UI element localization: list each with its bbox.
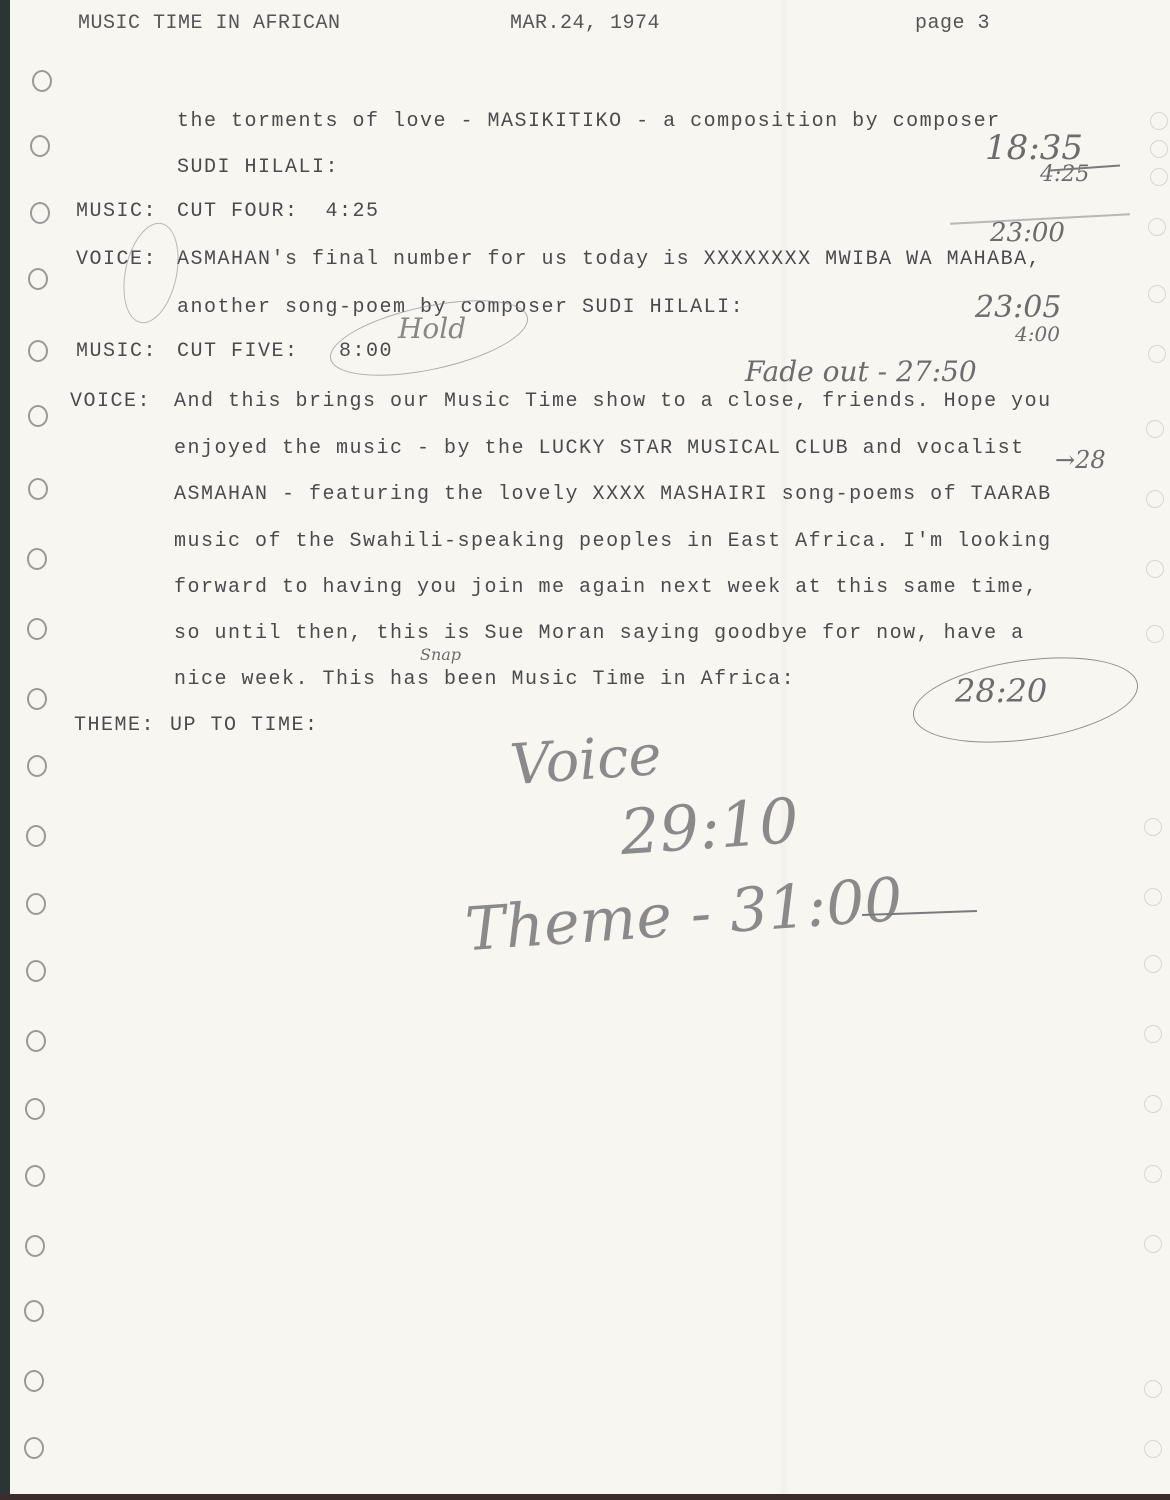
punch-hole-icon [25,1165,45,1187]
punch-hole-icon [1144,955,1162,973]
handwritten-arrow-note: →28 [1055,446,1106,474]
punch-hole-icon [1144,818,1162,836]
punch-hole-icon [1150,168,1168,186]
scan-edge-bottom [0,1494,1170,1500]
script-line: ASMAHAN - featuring the lovely XXXX MASH… [174,483,1052,506]
page-number: page 3 [915,12,990,35]
program-title: MUSIC TIME IN AFRICAN [78,12,341,35]
handwritten-theme-time: Theme - 31:00 [463,865,905,965]
punch-hole-icon [27,755,47,777]
punch-hole-icon [27,548,47,570]
handwritten-insert-note: Snap [420,645,461,664]
punch-hole-icon [1144,1165,1162,1183]
punch-hole-icon [1144,1235,1162,1253]
punch-hole-icon [1146,560,1164,578]
cue-label-music: MUSIC: [76,200,157,223]
punch-hole-icon [27,688,47,710]
punch-hole-icon [25,1235,45,1257]
punch-hole-icon [26,1030,46,1052]
cue-label-theme: THEME: [74,714,155,737]
scan-edge-left [0,0,10,1500]
script-line: the torments of love - MASIKITIKO - a co… [177,110,1001,133]
script-line: enjoyed the music - by the LUCKY STAR MU… [174,437,1025,460]
script-line: UP TO TIME: [170,714,319,737]
punch-hole-icon [32,70,52,92]
script-line: music of the Swahili-speaking peoples in… [174,530,1052,553]
cue-label-music: MUSIC: [76,340,157,363]
punch-hole-icon [30,135,50,157]
punch-hole-icon [26,960,46,982]
punch-hole-icon [1146,420,1164,438]
punch-hole-icon [30,202,50,224]
handwritten-voice-label: Voice [508,723,664,798]
punch-hole-icon [28,405,48,427]
handwritten-time: 4:25 [1040,162,1089,187]
script-line: CUT FOUR: 4:25 [177,200,380,223]
script-line: forward to having you join me again next… [174,576,1038,599]
punch-hole-icon [25,1098,45,1120]
punch-hole-icon [26,893,46,915]
handwritten-time: 4:00 [1015,322,1060,346]
punch-hole-icon [24,1370,44,1392]
punch-hole-icon [1146,625,1164,643]
punch-hole-icon [1144,1095,1162,1113]
punch-hole-icon [1144,1380,1162,1398]
punch-hole-icon [28,268,48,290]
punch-hole-icon [1144,888,1162,906]
script-line: nice week. This has been Music Time in A… [174,668,795,691]
script-page: MUSIC TIME IN AFRICAN MAR.24, 1974 page … [0,0,1170,1500]
handwritten-time: 23:00 [990,218,1065,248]
punch-hole-icon [1148,285,1166,303]
script-line: And this brings our Music Time show to a… [174,390,1052,413]
handwritten-time: 23:05 [975,290,1061,325]
punch-hole-icon [27,618,47,640]
punch-hole-icon [24,1300,44,1322]
script-line: ASMAHAN's final number for us today is X… [177,248,1041,271]
punch-hole-icon [1148,218,1166,236]
handwritten-fade-out: Fade out - 27:50 [745,355,977,388]
cue-label-voice: VOICE: [70,390,151,413]
script-line: SUDI HILALI: [177,156,339,179]
punch-hole-icon [28,478,48,500]
handwritten-voice-time: 29:10 [618,784,801,869]
handwritten-circled-total: 28:20 [955,672,1047,710]
punch-hole-icon [1144,1025,1162,1043]
punch-hole-icon [1146,490,1164,508]
punch-hole-icon [1150,112,1168,130]
punch-hole-icon [28,340,48,362]
handwritten-hold-note: Hold [398,312,466,345]
punch-hole-icon [24,1437,44,1459]
punch-hole-icon [1150,140,1168,158]
punch-hole-icon [1144,1440,1162,1458]
script-line: so until then, this is Sue Moran saying … [174,622,1025,645]
punch-hole-icon [1148,345,1166,363]
punch-hole-icon [26,825,46,847]
script-date: MAR.24, 1974 [510,12,660,35]
